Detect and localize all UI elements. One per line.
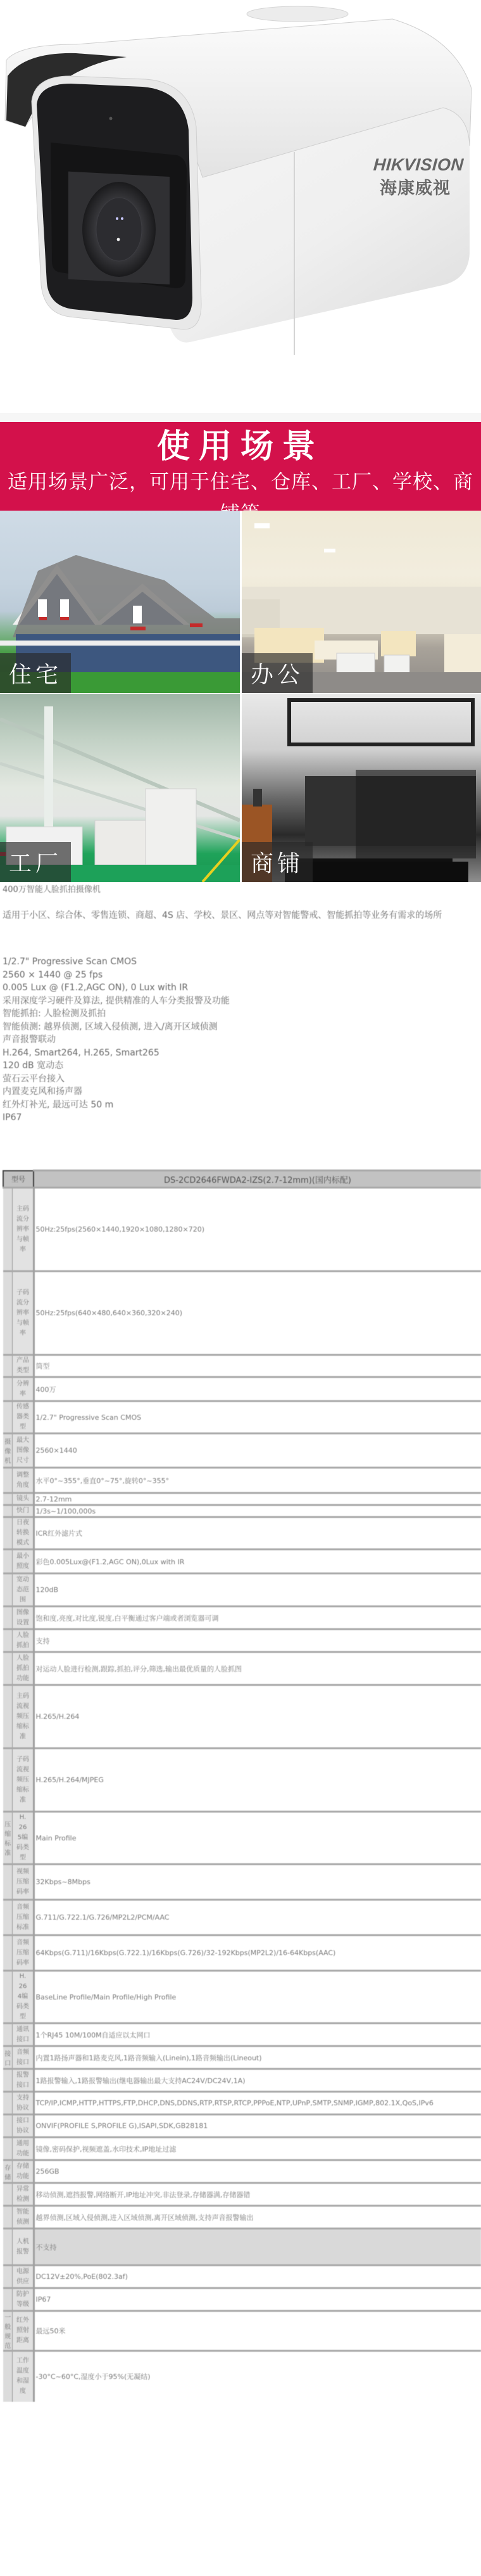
spec-row: 音频压缩标准G.711/G.722.1/G.726/MP2L2/PCM/AAC [3,1900,481,1935]
spec-category [3,1900,13,1935]
spec-row: 视频压缩码率32Kbps~8Mbps [3,1865,481,1900]
spec-row: 存储存储功能256GB [3,2160,481,2183]
spec-label: 支持协议 [13,2092,34,2115]
spec-label: 音频压缩标准 [13,1900,34,1935]
spec-category [3,2288,13,2311]
spec-row: 电源供应DC12V±20%,PoE(802.3af) [3,2266,481,2288]
spec-category: 存储 [3,2160,13,2183]
feature-item: 萤石云平台接入 [3,1073,230,1086]
spec-value: H.265/H.264 [34,1685,481,1749]
product-name: 400万智能人脸抓拍摄像机 [3,884,478,896]
divider [0,413,481,422]
spec-row: 通讯接口1个RJ45 10M/100M自适应以太网口 [3,2024,481,2046]
brand-logo-cn: 海康威视 [380,174,451,199]
spec-row: 传感器类型1/2.7" Progressive Scan CMOS [3,1401,481,1434]
feature-item: 智能抓拍: 人脸检测及抓拍 [3,1007,230,1021]
spec-row: 报警接口1路报警输入,1路报警输出(继电器输出最大支持AC24V/DC24V,1… [3,2069,481,2092]
spec-category [3,1272,13,1355]
spec-label: 镜头 [13,1493,34,1505]
spec-label: 主码流视频压缩标准 [13,1685,34,1749]
spec-row: 一般规范红外照射距离最远50米 [3,2311,481,2351]
feature-item: H.264, Smart264, H.265, Smart265 [3,1047,230,1060]
spec-row: 防护等级IP67 [3,2288,481,2311]
spec-label: 接口协议 [13,2115,34,2138]
spec-category [3,2206,13,2229]
spec-row: 接口协议ONVIF(PROFILE S,PROFILE G),ISAPI,SDK… [3,2115,481,2138]
spacer [0,355,481,413]
spec-label: 音频接口 [13,2046,34,2069]
spec-category: 一般规范 [3,2311,13,2351]
spec-value: 2560×1440 [34,1434,481,1468]
spec-label: 人脸抓拍 [13,1629,34,1652]
spec-value: 1个RJ45 10M/100M自适应以太网口 [34,2024,481,2046]
spec-category [3,1749,13,1812]
spec-label: 报警接口 [13,2069,34,2092]
spec-category [3,2024,13,2046]
scene-shop: 商铺 [242,694,481,882]
spec-category [3,2092,13,2115]
spec-label: 快门 [13,1505,34,1517]
spec-label: 异常检测 [13,2183,34,2206]
spec-row: 人机报警不支持 [3,2229,481,2266]
spec-value: 越界侦测,区域入侵侦测,进入区域侦测,离开区域侦测,支持声音报警输出 [34,2206,481,2229]
spec-label: 分辨率 [13,1377,34,1401]
spec-category [3,1574,13,1607]
spec-value: TCP/IP,ICMP,HTTP,HTTPS,FTP,DHCP,DNS,DDNS… [34,2092,481,2115]
spec-label: 人机报警 [13,2229,34,2266]
spec-category [3,1629,13,1652]
spec-category [3,1652,13,1685]
spec-row: 子码流视频压缩标准H.265/H.264/MJPEG [3,1749,481,1812]
spec-category [3,2115,13,2138]
feature-item: IP67 [3,1111,230,1125]
spec-value: 2.7-12mm [34,1493,481,1505]
spec-row: 摄像机最大图像尺寸2560×1440 [3,1434,481,1468]
feature-item: 2560 × 1440 @ 25 fps [3,969,230,982]
spec-category [3,1493,13,1505]
spec-category [3,1971,13,2024]
spec-value: BaseLine Profile/Main Profile/High Profi… [34,1971,481,2024]
spec-value: 最远50米 [34,2311,481,2351]
spec-value: ICR红外滤片式 [34,1517,481,1550]
spec-value: 移动侦测,遮挡报警,网络断开,IP地址冲突,非法登录,存储器满,存储器错 [34,2183,481,2206]
spec-value: 对运动人脸进行检测,跟踪,抓拍,评分,筛选,输出最优质量的人脸抓图 [34,1652,481,1685]
spec-category [3,1505,13,1517]
spec-value: -30°C~60°C,湿度小于95%(无凝结) [34,2351,481,2402]
spec-value: 内置1路扬声器和1路麦克风,1路音频输入(Linein),1路音频输出(Line… [34,2046,481,2069]
scene-residential: 住宅 [0,511,240,693]
spec-value: 32Kbps~8Mbps [34,1865,481,1900]
spec-label: 日夜转换模式 [13,1517,34,1550]
model-header-label: 型号 [3,1171,34,1188]
spec-label: 音频压缩码率 [13,1935,34,1971]
spec-label: 存储功能 [13,2160,34,2183]
spec-row: 音频压缩码率64Kbps(G.711)/16Kbps(G.722.1)/16Kb… [3,1935,481,1971]
spec-row: 镜头2.7-12mm [3,1493,481,1505]
spec-value: 1/3s~1/100,000s [34,1505,481,1517]
spec-label: 产品类型 [13,1355,34,1377]
spec-value: 1路报警输入,1路报警输出(继电器输出最大支持AC24V/DC24V,1A) [34,2069,481,2092]
spec-row: 子码流分辨率与帧率50Hz:25fps(640×480,640×360,320×… [3,1272,481,1355]
spec-category [3,1355,13,1377]
scene-label: 工厂 [0,842,71,882]
feature-list: 1/2.7" Progressive Scan CMOS2560 × 1440 … [3,955,230,1125]
spec-category [3,1935,13,1971]
spec-value: 120dB [34,1574,481,1607]
spec-value: 水平0°~355°,垂直0°~75°,旋转0°~355° [34,1468,481,1493]
spec-value: 50Hz:25fps(640×480,640×360,320×240) [34,1272,481,1355]
spec-category [3,2183,13,2206]
spec-row: 压缩标准H.265编码类型Main Profile [3,1812,481,1865]
spec-value: 镜像,密码保护,视频遮盖,水印技术,IP地址过滤 [34,2138,481,2160]
spec-label: 图像设置 [13,1607,34,1629]
spec-value: 50Hz:25fps(2560×1440,1920×1080,1280×720) [34,1188,481,1272]
spec-value: 彩色0.005Lux@(F1.2,AGC ON),0Lux with IR [34,1550,481,1574]
feature-item: 内置麦克风和扬声器 [3,1085,230,1099]
spec-category [3,1188,13,1272]
scene-label: 办公 [242,653,313,693]
spec-value: 1/2.7" Progressive Scan CMOS [34,1401,481,1434]
spec-table: 型号 DS-2CD2646FWDA2-IZS(2.7-12mm)(国内标配) 主… [3,1170,481,2402]
feature-item: 声音报警联动 [3,1033,230,1047]
scene-office: 办公 [242,511,481,693]
spec-label: 调整角度 [13,1468,34,1493]
spec-row: H.264编码类型BaseLine Profile/Main Profile/H… [3,1971,481,2024]
spec-row: 主码流视频压缩标准H.265/H.264 [3,1685,481,1749]
spec-value: 筒型 [34,1355,481,1377]
spec-label: 智能侦测 [13,2206,34,2229]
spec-row: 接口音频接口内置1路扬声器和1路麦克风,1路音频输入(Linein),1路音频输… [3,2046,481,2069]
usage-scenes-banner: 使用场景 适用场景广泛，可用于住宅、仓库、工厂、学校、商铺等 [0,422,481,511]
spec-row: 支持协议TCP/IP,ICMP,HTTP,HTTPS,FTP,DHCP,DNS,… [3,2092,481,2115]
spec-category [3,2138,13,2160]
product-description: 适用于小区、综合体、零售连锁、商超、4S 店、学校、景区、网点等对智能警戒、智能… [3,909,478,922]
spec-label: H.264编码类型 [13,1971,34,2024]
spec-value: DC12V±20%,PoE(802.3af) [34,2266,481,2288]
spec-label: 视频压缩码率 [13,1865,34,1900]
spec-value: H.265/H.264/MJPEG [34,1749,481,1812]
feature-item: 120 dB 宽动态 [3,1059,230,1073]
spec-row: 人脸抓拍支持 [3,1629,481,1652]
feature-item: 采用深度学习硬件及算法, 提供精准的人车分类报警及功能 [3,995,230,1008]
model-number: DS-2CD2646FWDA2-IZS(2.7-12mm)(国内标配) [34,1171,481,1188]
brand-logo-en: HIKVISION [373,155,465,175]
feature-item: 红外灯补光, 最远可达 50 m [3,1099,230,1112]
spec-value: G.711/G.722.1/G.726/MP2L2/PCM/AAC [34,1900,481,1935]
spec-category: 压缩标准 [3,1812,13,1865]
spec-row: 产品类型筒型 [3,1355,481,1377]
spec-label: 工作温度和湿度 [13,2351,34,2402]
spec-value: IP67 [34,2288,481,2311]
scene-label: 住宅 [0,653,71,693]
spec-row: 异常检测移动侦测,遮挡报警,网络断开,IP地址冲突,非法登录,存储器满,存储器错 [3,2183,481,2206]
spec-category [3,1607,13,1629]
spec-row: 主码流分辨率与帧率50Hz:25fps(2560×1440,1920×1080,… [3,1188,481,1272]
spec-category [3,1550,13,1574]
spec-label: 人脸抓拍功能 [13,1652,34,1685]
spec-category [3,1865,13,1900]
spec-row: 通用功能镜像,密码保护,视频遮盖,水印技术,IP地址过滤 [3,2138,481,2160]
spec-category [3,2229,13,2266]
spec-value: 支持 [34,1629,481,1652]
spec-table-header: 型号 DS-2CD2646FWDA2-IZS(2.7-12mm)(国内标配) [3,1171,481,1188]
spec-row: 日夜转换模式ICR红外滤片式 [3,1517,481,1550]
spec-row: 图像设置饱和度,亮度,对比度,锐度,白平衡通过客户端或者浏览器可调 [3,1607,481,1629]
spec-category [3,2069,13,2092]
spec-category [3,2266,13,2288]
spec-row: 智能侦测越界侦测,区域入侵侦测,进入区域侦测,离开区域侦测,支持声音报警输出 [3,2206,481,2229]
feature-item: 1/2.7" Progressive Scan CMOS [3,955,230,969]
spec-category: 接口 [3,2046,13,2069]
spec-label: 通用功能 [13,2138,34,2160]
spec-value: 400万 [34,1377,481,1401]
spec-value: Main Profile [34,1812,481,1865]
scene-label: 商铺 [242,842,313,882]
spec-label: H.265编码类型 [13,1812,34,1865]
spec-label: 主码流分辨率与帧率 [13,1188,34,1272]
spec-row: 调整角度水平0°~355°,垂直0°~75°,旋转0°~355° [3,1468,481,1493]
spec-value: ONVIF(PROFILE S,PROFILE G),ISAPI,SDK,GB2… [34,2115,481,2138]
spec-row: 最小照度彩色0.005Lux@(F1.2,AGC ON),0Lux with I… [3,1550,481,1574]
spec-category [3,2351,13,2402]
spec-label: 子码流分辨率与帧率 [13,1272,34,1355]
feature-item: 0.005 Lux @ (F1.2,AGC ON), 0 Lux with IR [3,981,230,995]
spec-category [3,1468,13,1493]
spec-value: 64Kbps(G.711)/16Kbps(G.722.1)/16Kbps(G.7… [34,1935,481,1971]
spec-value: 饱和度,亮度,对比度,锐度,白平衡通过客户端或者浏览器可调 [34,1607,481,1629]
spec-category [3,1685,13,1749]
banner-title: 使用场景 [0,422,481,466]
spec-category [3,1401,13,1434]
scene-factory: 工厂 [0,694,240,882]
product-hero-image: HIKVISION 海康威视 [0,0,481,355]
spec-row: 人脸抓拍功能对运动人脸进行检测,跟踪,抓拍,评分,筛选,输出最优质量的人脸抓图 [3,1652,481,1685]
spec-label: 传感器类型 [13,1401,34,1434]
spec-label: 通讯接口 [13,2024,34,2046]
spec-row: 快门1/3s~1/100,000s [3,1505,481,1517]
spec-value: 不支持 [34,2229,481,2266]
spec-category [3,1377,13,1401]
spec-label: 红外照射距离 [13,2311,34,2351]
feature-item: 智能侦测: 越界侦测, 区域入侵侦测, 进入/离开区域侦测 [3,1021,230,1034]
spec-label: 最大图像尺寸 [13,1434,34,1468]
spec-label: 防护等级 [13,2288,34,2311]
spec-row: 工作温度和湿度-30°C~60°C,湿度小于95%(无凝结) [3,2351,481,2402]
spec-category [3,1517,13,1550]
product-intro: 400万智能人脸抓拍摄像机 适用于小区、综合体、零售连锁、商超、4S 店、学校、… [3,884,478,922]
spec-label: 子码流视频压缩标准 [13,1749,34,1812]
spec-category: 摄像机 [3,1434,13,1468]
spec-value: 256GB [34,2160,481,2183]
spec-label: 宽动态范围 [13,1574,34,1607]
spec-row: 宽动态范围120dB [3,1574,481,1607]
spec-label: 最小照度 [13,1550,34,1574]
spec-label: 电源供应 [13,2266,34,2288]
spec-row: 分辨率400万 [3,1377,481,1401]
